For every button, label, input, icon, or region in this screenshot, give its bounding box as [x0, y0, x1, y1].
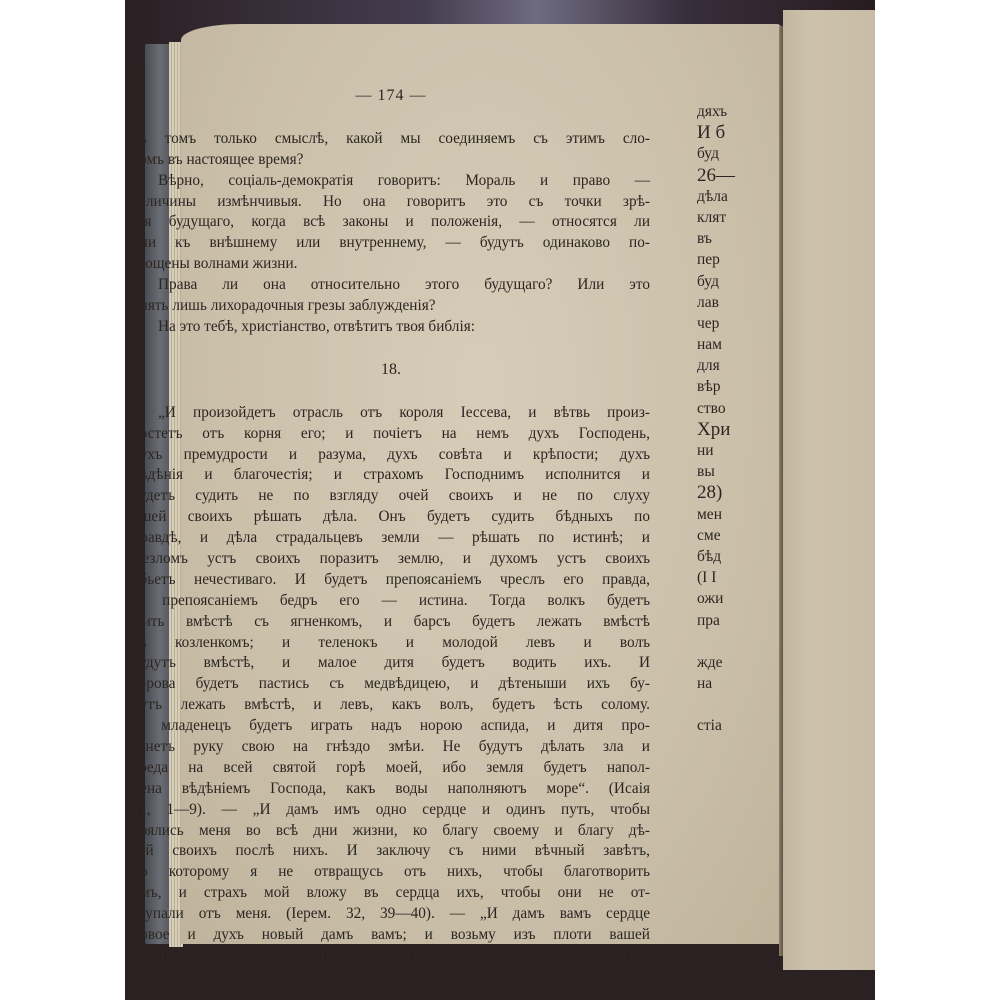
text-line: ростетъ отъ корня его; и почіетъ на немъ…	[132, 424, 650, 445]
right-page-line-fragment	[697, 631, 757, 652]
text-line: имъ, и страхъ мой вложу въ сердца ихъ, ч…	[132, 883, 650, 904]
text-line: И младенецъ будетъ играть надъ норою асп…	[132, 716, 650, 737]
text-line: васъ духъ мой и сдѣлаю то, что вы будете…	[132, 967, 650, 988]
right-page-line-fragment: (I I	[697, 567, 757, 588]
section-number: 18.	[132, 360, 650, 381]
text-line: вреда на всей святой горѣ моей, ибо земл…	[132, 758, 650, 779]
page-number: — 174 —	[132, 86, 650, 107]
text-line: корова будетъ пастись съ медвѣдицею, и д…	[132, 674, 650, 695]
text-line: ступали отъ меня. (Іерем. 32, 39—40). — …	[132, 904, 650, 925]
text-line: 11, 1—9). — „И дамъ имъ одно сердце и од…	[132, 800, 650, 821]
right-page-line-fragment: нам	[697, 334, 757, 355]
text-line: убьетъ нечестиваго. И будетъ препоясаніе…	[132, 570, 650, 591]
text-line: Вѣрно, соціаль-демократія говоритъ: Мора…	[132, 171, 650, 192]
text-line: „И произойдетъ отрасль отъ короля Іессев…	[132, 403, 650, 424]
right-page-line-fragment: ство	[697, 398, 757, 419]
text-line: правдѣ, и дѣла страдальцевъ земли — рѣша…	[132, 528, 650, 549]
text-line: нія будущаго, когда всѣ законы и положен…	[132, 212, 650, 233]
text-line: будетъ судить не по взгляду очей своихъ …	[132, 486, 650, 507]
text-line: жезломъ устъ своихъ поразитъ землю, и ду…	[132, 549, 650, 570]
text-line: нена вѣдѣніемъ Господа, какъ воды наполн…	[132, 779, 650, 800]
right-page-line-fragment: ни	[697, 440, 757, 461]
text-line: боялись меня во всѣ дни жизни, ко благу …	[132, 821, 650, 842]
text-line: величины измѣнчивыя. Но она говоритъ это…	[132, 192, 650, 213]
text-line: дутъ лежать вмѣстѣ, и левъ, какъ волъ, б…	[132, 695, 650, 716]
text-line: Права ли она относительно этого будущаго…	[132, 275, 650, 296]
text-line: опять лишь лихорадочныя грезы заблуждені…	[132, 296, 650, 317]
text-line: будутъ вмѣстѣ, и малое дитя будетъ водит…	[132, 653, 650, 674]
intro-paragraphs: въ томъ только смыслѣ, какой мы соединяе…	[132, 129, 650, 338]
text-line: новое и духъ новый дамъ вамъ; и возьму и…	[132, 925, 650, 946]
right-page-line-fragment: вѣр	[697, 376, 757, 397]
right-page-line-fragment: лав	[697, 292, 757, 313]
right-page-text-fragment: дяхъИ ббуд26—дѣлаклятвъпербудлавчернамдл…	[697, 101, 757, 737]
text-line: они къ внѣшнему или внутреннему, — будут…	[132, 233, 650, 254]
right-page-line-fragment: 28)	[697, 482, 757, 503]
text-line: ушей своихъ рѣшать дѣла. Онъ будетъ суди…	[132, 507, 650, 528]
right-page-line-fragment: клят	[697, 207, 757, 228]
text-line: вѣдѣнія и благочестія; и страхомъ Господ…	[132, 465, 650, 486]
text-line: тянетъ руку свою на гнѣздо змѣи. Не буду…	[132, 737, 650, 758]
right-page-line-fragment: бѣд	[697, 546, 757, 567]
right-page-line-fragment: чер	[697, 313, 757, 334]
text-line: жить вмѣстѣ съ ягненкомъ, и барсъ будетъ…	[132, 612, 650, 633]
right-page-line-fragment: Хри	[697, 419, 757, 440]
right-page-line-fragment: мен	[697, 504, 757, 525]
right-page-line-fragment: дѣла	[697, 186, 757, 207]
right-page-line-fragment: вы	[697, 461, 757, 482]
right-page-line-fragment: буд	[697, 271, 757, 292]
text-line: вомъ въ настоящее время?	[132, 150, 650, 171]
left-page-text: — 174 — въ томъ только смыслѣ, какой мы …	[132, 86, 650, 988]
right-page-line-fragment: буд	[697, 143, 757, 164]
scripture-quote-paragraph: „И произойдетъ отрасль отъ короля Іессев…	[132, 403, 650, 988]
text-line: тей своихъ послѣ нихъ. И заключу съ ними…	[132, 841, 650, 862]
text-line: съ козленкомъ; и теленокъ и молодой левъ…	[132, 633, 650, 654]
right-page-line-fragment: стіа	[697, 715, 757, 736]
right-page-line-fragment: ожи	[697, 588, 757, 609]
right-page	[783, 10, 875, 970]
text-line: и препоясаніемъ бедръ его — истина. Тогд…	[132, 591, 650, 612]
right-page-line-fragment	[697, 694, 757, 715]
right-page-line-fragment: для	[697, 355, 757, 376]
text-line: глощены волнами жизни.	[132, 254, 650, 275]
text-line: На это тебѣ, христіанство, отвѣтитъ твоя…	[132, 317, 650, 338]
right-page-line-fragment: жде	[697, 652, 757, 673]
right-page-line-fragment: пер	[697, 249, 757, 270]
right-page-line-fragment: въ	[697, 228, 757, 249]
text-line: сердце каменное и дамъ вамъ сердце плотя…	[132, 946, 650, 967]
right-page-line-fragment: дяхъ	[697, 101, 757, 122]
text-line: въ томъ только смыслѣ, какой мы соединяе…	[132, 129, 650, 150]
text-line: по которому я не отвращусь отъ нихъ, что…	[132, 862, 650, 883]
right-page-line-fragment: пра	[697, 610, 757, 631]
right-page-line-fragment: сме	[697, 525, 757, 546]
right-page-line-fragment: на	[697, 673, 757, 694]
right-page-line-fragment: И б	[697, 122, 757, 143]
text-line: духъ премудрости и разума, духъ совѣта и…	[132, 445, 650, 466]
right-page-line-fragment: 26—	[697, 165, 757, 186]
